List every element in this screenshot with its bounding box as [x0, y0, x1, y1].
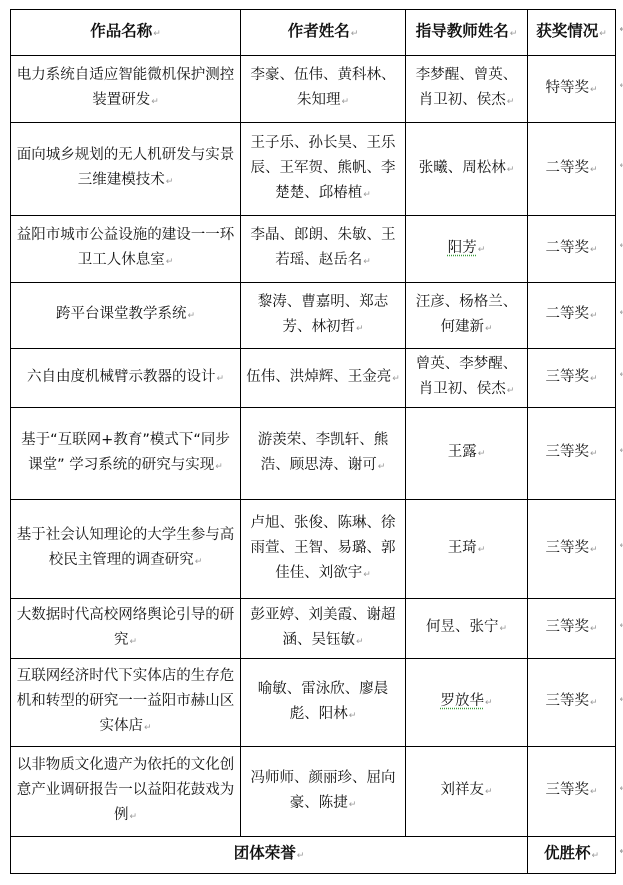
advisors-text: 王露	[448, 444, 477, 460]
paragraph-mark: ↵	[485, 324, 493, 334]
header-authors-label: 作者姓名	[288, 22, 350, 40]
row-end-mark: ↵	[619, 234, 623, 259]
award-text: 三等奖	[545, 782, 589, 798]
advisors-text: 汪彦、杨格兰、何建新	[416, 294, 518, 335]
footer-row: 团体荣誉↵ 优胜杯↵↵	[11, 837, 616, 874]
authors-text: 彭亚婷、刘美霞、谢超涵、吴钰敏	[251, 607, 396, 648]
cell-award: 三等奖↵↵	[528, 599, 616, 659]
table-row: 基于“互联网+教育”模式下“同步课堂” 学习系统的研究与实现↵ 游羡荣、李凯轩、…	[11, 408, 616, 500]
title-text: 大数据时代高校网络舆论引导的研究	[17, 607, 235, 648]
award-text: 二等奖	[545, 160, 589, 176]
advisors-text: 李梦醒、曾英、肖卫初、侯杰	[416, 67, 518, 108]
paragraph-mark: ↵	[590, 624, 598, 634]
paragraph-mark: ↵	[363, 570, 371, 580]
cell-title: 基于“互联网+教育”模式下“同步课堂” 学习系统的研究与实现↵	[11, 408, 241, 500]
table-row: 益阳市城市公益设施的建设一一环卫工人休息室↵ 李晶、郎朗、朱敏、王若瑶、赵岳名↵…	[11, 216, 616, 283]
paragraph-mark: ↵	[485, 698, 493, 708]
paragraph-mark: ↵	[341, 97, 349, 107]
cell-authors: 游羡荣、李凯轩、熊浩、顾思涛、谢可↵	[241, 408, 406, 500]
table-row: 大数据时代高校网络舆论引导的研究↵ 彭亚婷、刘美霞、谢超涵、吴钰敏↵ 何昱、张宁…	[11, 599, 616, 659]
cell-award: 二等奖↵↵	[528, 123, 616, 216]
cell-title: 跨平台课堂教学系统↵	[11, 283, 241, 349]
paragraph-mark: ↵	[590, 787, 598, 797]
paragraph-mark: ↵	[363, 257, 371, 267]
paragraph-mark: ↵	[590, 311, 598, 321]
paragraph-mark: ↵	[166, 177, 174, 187]
cell-title: 电力系统自适应智能微机保护测控装置研发↵	[11, 56, 241, 123]
authors-text: 李豪、伍伟、黄科林、朱知理	[251, 67, 396, 108]
advisors-text: 罗放华	[440, 693, 484, 709]
table-row: 六自由度机械臂示教器的设计↵ 伍伟、洪焯辉、王金亮↵ 曾英、李梦醒、肖卫初、侯杰…	[11, 349, 616, 408]
cell-award: 特等奖↵↵	[528, 56, 616, 123]
awards-table: 作品名称↵ 作者姓名↵ 指导教师姓名↵ 获奖情况↵↵ 电力系统自适应智能微机保护…	[10, 9, 616, 874]
paragraph-mark: ↵	[129, 812, 137, 822]
paragraph-mark: ↵	[166, 257, 174, 267]
cell-advisors: 罗放华↵	[406, 659, 528, 747]
cell-title: 益阳市城市公益设施的建设一一环卫工人休息室↵	[11, 216, 241, 283]
cell-title: 基于社会认知理论的大学生参与高校民主管理的调查研究↵	[11, 500, 241, 599]
award-text: 三等奖	[545, 369, 589, 385]
advisors-text: 王琦	[448, 540, 477, 556]
cell-title: 面向城乡规划的无人机研发与实景三维建模技术↵	[11, 123, 241, 216]
cell-advisors: 王露↵	[406, 408, 528, 500]
authors-text: 李晶、郎朗、朱敏、王若瑶、赵岳名	[251, 227, 396, 268]
row-end-mark: ↵	[619, 74, 623, 99]
team-honor-label: 团体荣誉	[234, 844, 296, 862]
cell-award: 三等奖↵↵	[528, 659, 616, 747]
cell-award: 三等奖↵↵	[528, 747, 616, 837]
authors-text: 喻敏、雷泳欣、廖晨彪、阳林	[258, 681, 389, 722]
row-end-mark: ↵	[619, 688, 623, 713]
table-row: 电力系统自适应智能微机保护测控装置研发↵ 李豪、伍伟、黄科林、朱知理↵ 李梦醒、…	[11, 56, 616, 123]
paragraph-mark: ↵	[356, 637, 364, 647]
header-advisors-label: 指导教师姓名	[416, 22, 509, 40]
title-text: 电力系统自适应智能微机保护测控装置研发	[17, 67, 235, 108]
title-text: 互联网经济时代下实体店的生存危机和转型的研究一一益阳市赫山区实体店	[17, 668, 235, 734]
paragraph-mark: ↵	[392, 374, 400, 384]
table-row: 基于社会认知理论的大学生参与高校民主管理的调查研究↵ 卢旭、张俊、陈琳、徐雨萱、…	[11, 500, 616, 599]
award-text: 三等奖	[545, 540, 589, 556]
cell-authors: 王子乐、孙长昊、王乐辰、王军贺、熊帆、李楚楚、邱椿植↵	[241, 123, 406, 216]
authors-text: 卢旭、张俊、陈琳、徐雨萱、王智、易璐、郭佳佳、刘欲宇	[251, 515, 396, 581]
cell-award: 三等奖↵↵	[528, 349, 616, 408]
paragraph-mark: ↵	[590, 85, 598, 95]
authors-text: 黎涛、曹嘉明、郑志芳、林初哲	[258, 294, 389, 335]
header-title-label: 作品名称	[90, 22, 152, 40]
paragraph-mark: ↵	[507, 97, 515, 107]
team-honor-award: 优胜杯	[544, 844, 591, 862]
paragraph-mark: ↵	[590, 374, 598, 384]
header-title: 作品名称↵	[11, 10, 241, 56]
paragraph-mark: ↵	[378, 462, 386, 472]
cell-title: 以非物质文化遗产为依托的文化创意产业调研报告一以益阳花鼓戏为例↵	[11, 747, 241, 837]
paragraph-mark: ↵	[195, 557, 203, 567]
cell-advisors: 阳芳↵	[406, 216, 528, 283]
cell-advisors: 王琦↵	[406, 500, 528, 599]
cell-advisors: 刘祥友↵	[406, 747, 528, 837]
title-text: 跨平台课堂教学系统	[56, 306, 187, 322]
cell-award: 二等奖↵↵	[528, 283, 616, 349]
team-honor-award-cell: 优胜杯↵↵	[528, 837, 616, 874]
title-text: 益阳市城市公益设施的建设一一环卫工人休息室	[17, 227, 235, 268]
paragraph-mark: ↵	[349, 800, 357, 810]
row-end-mark: ↵	[619, 777, 623, 802]
cell-title: 大数据时代高校网络舆论引导的研究↵	[11, 599, 241, 659]
award-text: 三等奖	[545, 693, 589, 709]
cell-authors: 彭亚婷、刘美霞、谢超涵、吴钰敏↵	[241, 599, 406, 659]
cell-advisors: 何昱、张宁↵	[406, 599, 528, 659]
paragraph-mark: ↵	[153, 29, 161, 39]
authors-text: 冯师师、颜丽珍、屈向豪、陈捷	[251, 770, 396, 811]
cell-advisors: 汪彦、杨格兰、何建新↵	[406, 283, 528, 349]
paragraph-mark: ↵	[590, 165, 598, 175]
cell-authors: 李晶、郎朗、朱敏、王若瑶、赵岳名↵	[241, 216, 406, 283]
header-row: 作品名称↵ 作者姓名↵ 指导教师姓名↵ 获奖情况↵↵	[11, 10, 616, 56]
paragraph-mark: ↵	[349, 711, 357, 721]
cell-title: 六自由度机械臂示教器的设计↵	[11, 349, 241, 408]
row-end-mark: ↵	[619, 363, 623, 388]
row-end-mark: ↵	[619, 534, 623, 559]
cell-authors: 伍伟、洪焯辉、王金亮↵	[241, 349, 406, 408]
award-text: 三等奖	[545, 619, 589, 635]
advisors-text: 刘祥友	[440, 782, 484, 798]
paragraph-mark: ↵	[590, 545, 598, 555]
award-text: 三等奖	[545, 444, 589, 460]
cell-authors: 喻敏、雷泳欣、廖晨彪、阳林↵	[241, 659, 406, 747]
cell-authors: 黎涛、曹嘉明、郑志芳、林初哲↵	[241, 283, 406, 349]
header-award-label: 获奖情况	[536, 22, 598, 40]
header-advisors: 指导教师姓名↵	[406, 10, 528, 56]
paragraph-mark: ↵	[478, 449, 486, 459]
table-row: 互联网经济时代下实体店的生存危机和转型的研究一一益阳市赫山区实体店↵ 喻敏、雷泳…	[11, 659, 616, 747]
table-row: 面向城乡规划的无人机研发与实景三维建模技术↵ 王子乐、孙长昊、王乐辰、王军贺、熊…	[11, 123, 616, 216]
paragraph-mark: ↵	[351, 29, 359, 39]
paragraph-mark: ↵	[356, 324, 364, 334]
cell-award: 二等奖↵↵	[528, 216, 616, 283]
paragraph-mark: ↵	[187, 311, 195, 321]
team-honor-label-cell: 团体荣誉↵	[11, 837, 528, 874]
cell-award: 三等奖↵↵	[528, 408, 616, 500]
row-end-mark: ↵	[619, 840, 623, 865]
award-text: 二等奖	[545, 240, 589, 256]
paragraph-mark: ↵	[590, 698, 598, 708]
row-end-mark: ↵	[619, 154, 623, 179]
cell-advisors: 张曦、周松林↵	[406, 123, 528, 216]
title-text: 六自由度机械臂示教器的设计	[27, 369, 216, 385]
paragraph-mark: ↵	[144, 723, 152, 733]
paragraph-mark: ↵	[129, 637, 137, 647]
paragraph-mark: ↵	[485, 787, 493, 797]
title-text: 面向城乡规划的无人机研发与实景三维建模技术	[17, 147, 235, 188]
title-text: 基于“互联网+教育”模式下“同步课堂” 学习系统的研究与实现	[21, 432, 230, 473]
cell-award: 三等奖↵↵	[528, 500, 616, 599]
cell-authors: 李豪、伍伟、黄科林、朱知理↵	[241, 56, 406, 123]
header-award: 获奖情况↵↵	[528, 10, 616, 56]
advisors-text: 张曦、周松林	[419, 160, 506, 176]
title-text: 以非物质文化遗产为依托的文化创意产业调研报告一以益阳花鼓戏为例	[17, 757, 235, 823]
table-row: 跨平台课堂教学系统↵ 黎涛、曹嘉明、郑志芳、林初哲↵ 汪彦、杨格兰、何建新↵ 二…	[11, 283, 616, 349]
row-end-mark: ↵	[619, 301, 623, 326]
cell-authors: 冯师师、颜丽珍、屈向豪、陈捷↵	[241, 747, 406, 837]
paragraph-mark: ↵	[151, 97, 159, 107]
authors-text: 伍伟、洪焯辉、王金亮	[246, 369, 391, 385]
paragraph-mark: ↵	[507, 165, 515, 175]
cell-advisors: 李梦醒、曾英、肖卫初、侯杰↵	[406, 56, 528, 123]
paragraph-mark: ↵	[215, 462, 223, 472]
cell-title: 互联网经济时代下实体店的生存危机和转型的研究一一益阳市赫山区实体店↵	[11, 659, 241, 747]
paragraph-mark: ↵	[297, 851, 305, 861]
advisors-text: 曾英、李梦醒、肖卫初、侯杰	[416, 356, 518, 397]
row-end-mark: ↵	[619, 614, 623, 639]
paragraph-mark: ↵	[590, 449, 598, 459]
authors-text: 王子乐、孙长昊、王乐辰、王军贺、熊帆、李楚楚、邱椿植	[251, 135, 396, 201]
header-authors: 作者姓名↵	[241, 10, 406, 56]
paragraph-mark: ↵	[363, 190, 371, 200]
table-row: 以非物质文化遗产为依托的文化创意产业调研报告一以益阳花鼓戏为例↵ 冯师师、颜丽珍…	[11, 747, 616, 837]
paragraph-mark: ↵	[599, 29, 607, 39]
award-text: 二等奖	[545, 306, 589, 322]
cell-authors: 卢旭、张俊、陈琳、徐雨萱、王智、易璐、郭佳佳、刘欲宇↵	[241, 500, 406, 599]
paragraph-mark: ↵	[478, 245, 486, 255]
row-end-mark: ↵	[619, 18, 623, 43]
advisors-text: 何昱、张宁	[426, 619, 499, 635]
paragraph-mark: ↵	[590, 245, 598, 255]
cell-advisors: 曾英、李梦醒、肖卫初、侯杰↵	[406, 349, 528, 408]
paragraph-mark: ↵	[478, 545, 486, 555]
paragraph-mark: ↵	[499, 624, 507, 634]
row-end-mark: ↵	[619, 439, 623, 464]
paragraph-mark: ↵	[216, 374, 224, 384]
award-text: 特等奖	[545, 80, 589, 96]
advisors-text: 阳芳	[448, 240, 477, 256]
paragraph-mark: ↵	[507, 386, 515, 396]
paragraph-mark: ↵	[591, 851, 599, 861]
paragraph-mark: ↵	[510, 29, 518, 39]
authors-text: 游羡荣、李凯轩、熊浩、顾思涛、谢可	[258, 432, 389, 473]
